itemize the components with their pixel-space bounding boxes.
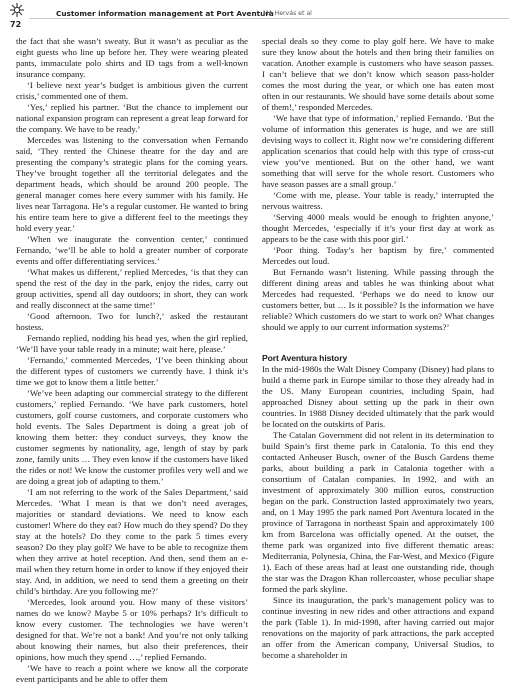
- paragraph: In the mid-1980s the Walt Disney Company…: [262, 364, 494, 430]
- running-title: Customer information management at Port …: [56, 9, 274, 18]
- paragraph: ‘Serving 4000 meals would be enough to f…: [262, 212, 494, 245]
- page-header: 72 Customer information management at Po…: [0, 0, 519, 34]
- paragraph: ‘Poor thing. Today’s her baptism by fire…: [262, 245, 494, 267]
- left-column: the fact that she wasn’t sweaty. But it …: [16, 36, 248, 685]
- section-heading: Port Aventura history: [262, 353, 494, 364]
- paragraph: ‘We’ve been adapting our commercial stra…: [16, 388, 248, 487]
- paragraph: ‘Good afternoon. Two for lunch?,’ asked …: [16, 311, 248, 333]
- header-rule: [29, 18, 509, 19]
- paragraph: ‘When we inaugurate the convention cente…: [16, 234, 248, 267]
- right-column: special deals so they come to play golf …: [262, 36, 494, 661]
- paragraph: the fact that she wasn’t sweaty. But it …: [16, 36, 248, 80]
- paragraph: ‘Mercedes, look around you. How many of …: [16, 597, 248, 663]
- paragraph: ‘Come with me, please. Your table is rea…: [262, 190, 494, 212]
- paragraph: The Catalan Government did not relent in…: [262, 430, 494, 595]
- paragraph: ‘I believe next year’s budget is ambitio…: [16, 80, 248, 102]
- star-burst-icon: [9, 2, 25, 18]
- paragraph: But Fernando wasn’t listening. While pas…: [262, 267, 494, 333]
- paragraph: ‘Yes,’ replied his partner. ‘But the cha…: [16, 102, 248, 135]
- paragraph: Mercedes was listening to the conversati…: [16, 135, 248, 234]
- paragraph: ‘I am not referring to the work of the S…: [16, 487, 248, 597]
- running-author: MA Hervás et al: [263, 10, 312, 17]
- paragraph: ‘We have to reach a point where we know …: [16, 663, 248, 685]
- paragraph: Since its inauguration, the park’s manag…: [262, 595, 494, 661]
- page-number: 72: [10, 20, 21, 29]
- paragraph: Fernando replied, nodding his head yes, …: [16, 333, 248, 355]
- paragraph: ‘We have that type of information,’ repl…: [262, 113, 494, 190]
- paragraph: ‘What makes us different,’ replied Merce…: [16, 267, 248, 311]
- paragraph: special deals so they come to play golf …: [262, 36, 494, 113]
- paragraph: ‘Fernando,’ commented Mercedes, ‘I’ve be…: [16, 355, 248, 388]
